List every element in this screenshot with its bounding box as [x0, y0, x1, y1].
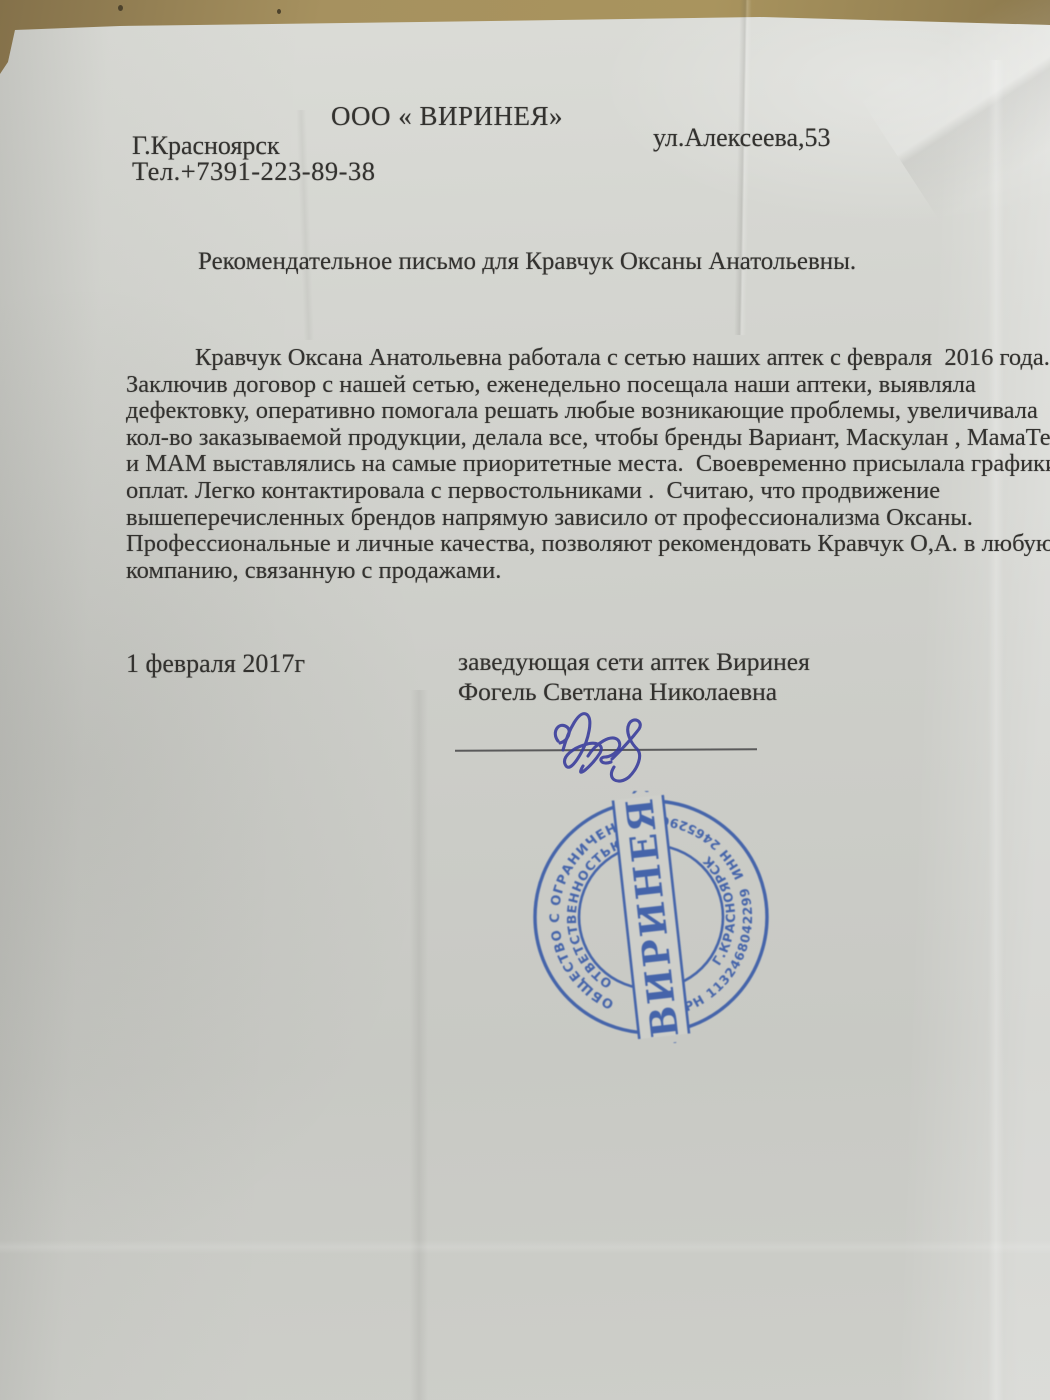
- letter-date: 1 февраля 2017г: [126, 649, 305, 679]
- body-line: Профессиональные и личные качества, позв…: [126, 531, 1050, 558]
- body-line: кол-во заказываемой продукции, делала вс…: [126, 425, 1050, 452]
- body-line: дефектовку, оперативно помогала решать л…: [126, 398, 1050, 425]
- body-line: и МАМ выставлялись на самые приоритетные…: [126, 451, 1050, 478]
- signature-stroke: [563, 714, 601, 773]
- street-address: ул.Алексеева,53: [653, 123, 831, 153]
- handwritten-signature: [538, 696, 668, 796]
- dust-speck: [277, 9, 281, 14]
- body-line: вышеперечисленных брендов напрямую завис…: [126, 505, 1050, 532]
- body-line: оплат. Легко контактировала с первостоль…: [126, 478, 1050, 505]
- body-line: компанию, связанную с продажами.: [126, 558, 1050, 585]
- company-name: ООО « ВИРИНЕЯ»: [331, 101, 563, 132]
- phone: Тел.+7391-223-89-38: [132, 156, 375, 187]
- photographed-letter: ООО « ВИРИНЕЯ» ул.Алексеева,53 Г.Красноя…: [0, 0, 1050, 1400]
- letter-title: Рекомендательное письмо для Кравчук Окса…: [198, 248, 856, 276]
- body-line: Кравчук Оксана Анатольевна работала с се…: [126, 345, 1050, 372]
- body-line: Заключив договор с нашей сетью, еженедел…: [126, 372, 1050, 399]
- letter-body: Кравчук Оксана Анатольевна работала с се…: [126, 345, 1050, 584]
- company-stamp: ОБЩЕСТВО С ОГРАНИЧЕННОЙ ОТВЕТСТВЕННОСТЬЮ…: [525, 791, 777, 1043]
- dust-speck: [118, 5, 123, 11]
- signer-position: заведующая сети аптек Виринея: [458, 647, 810, 677]
